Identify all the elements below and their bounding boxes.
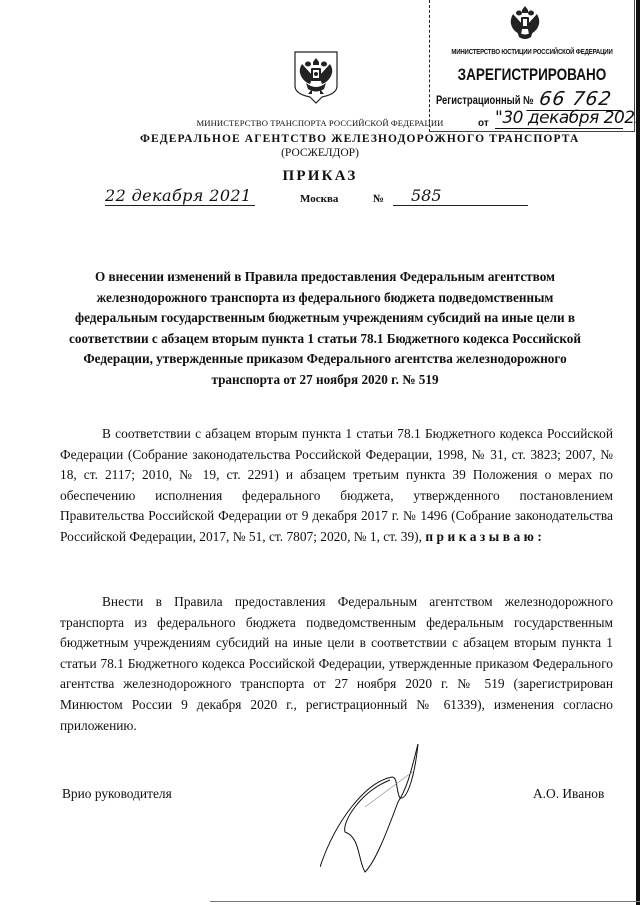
order-date: 22 декабря 2021 <box>105 186 255 206</box>
order-title: ПРИКАЗ <box>0 168 640 185</box>
coat-of-arms-icon <box>292 50 340 104</box>
agency-name: ФЕДЕРАЛЬНОЕ АГЕНТСТВО ЖЕЛЕЗНОДОРОЖНОГО Т… <box>140 133 540 145</box>
stamp-coat-of-arms-icon <box>508 4 542 42</box>
signer-name: А.О. Иванов <box>533 786 604 802</box>
order-city: Москва <box>300 193 338 205</box>
paragraph-1-text: В соответствии с абзацем вторым пункта 1… <box>60 426 613 544</box>
body-paragraph-2: Внести в Правила предоставления Федераль… <box>60 592 613 736</box>
agency-short-name: (РОСЖЕЛДОР) <box>0 147 640 159</box>
stamp-registration-label: Регистрационный № <box>436 95 534 107</box>
stamp-registration-date: "30 декабря 2021г. <box>495 108 623 129</box>
stamp-registered-title: ЗАРЕГИСТРИРОВАНО <box>450 66 614 85</box>
order-number-label: № <box>373 193 384 205</box>
body-paragraph-1: В соответствии с абзацем вторым пункта 1… <box>60 424 613 548</box>
document-heading: О внесении изменений в Правила предостав… <box>65 267 585 390</box>
scan-edge-bar <box>636 0 640 905</box>
order-number: 585 <box>393 186 528 206</box>
order-emphasis: приказываю: <box>425 529 545 544</box>
scan-bottom-line <box>210 901 640 902</box>
stamp-ministry-name: МИНИСТЕРСТВО ЮСТИЦИИ РОССИЙСКОЙ ФЕДЕРАЦИ… <box>446 49 618 56</box>
stamp-from-label: от <box>478 118 489 129</box>
handwritten-signature-icon <box>320 742 430 877</box>
signer-position: Врио руководителя <box>62 786 172 802</box>
